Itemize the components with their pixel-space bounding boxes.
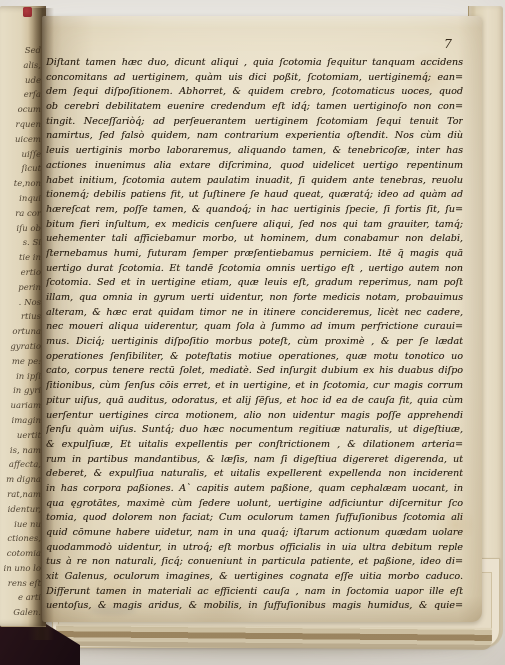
- photograph-background: Sedalis,udeerſaocumrquenuicemuiſſeſicutt…: [0, 0, 505, 665]
- fragment-line: ortuna: [1, 325, 41, 340]
- page-number: 7: [444, 36, 452, 51]
- text-line: uehementer tali afficiebamur morbo, ut h…: [46, 232, 463, 247]
- fragment-line: s. Si: [1, 236, 41, 251]
- fragment-line: cotomia: [1, 547, 41, 562]
- fragment-line: ſicut: [1, 162, 41, 177]
- fragment-line: imagin: [1, 414, 41, 429]
- headband-red-detail: [23, 7, 32, 17]
- text-line: ſternebamus humi, futuram ſemper præſent…: [46, 247, 463, 262]
- fragment-line: rtius: [1, 310, 41, 325]
- fragment-line: rquen: [1, 118, 41, 133]
- fragment-line: . Nos: [1, 296, 41, 311]
- text-line: alteram, & hæc erat quidam timor ne in i…: [46, 306, 463, 321]
- text-line: pitur uiſus, quā auditus, odoratus, et a…: [46, 394, 463, 409]
- text-line: ſenſu quàm uiſus. Suntq́; duo hæc nocume…: [46, 423, 463, 438]
- text-line: xit Galenus, oculorum imagines, & uertig…: [46, 570, 463, 585]
- fragment-line: perin: [1, 281, 41, 296]
- text-line: habet initium, ſcotomia autem paulatim i…: [46, 174, 463, 189]
- facing-page-fragments: Sedalis,udeerſaocumrquenuicemuiſſeſicutt…: [1, 44, 41, 621]
- text-line: nec moueri aliqua uiderentur, quam ſola …: [46, 320, 463, 335]
- fragment-line: uariam: [1, 399, 41, 414]
- fragment-line: tie in: [1, 251, 41, 266]
- text-line: & expulſiuæ, Et uitalis expellentis per …: [46, 438, 463, 453]
- fragment-line: te,non: [1, 177, 41, 192]
- text-line: mus. Diciq́; uertiginis diſpoſitio morbu…: [46, 335, 463, 350]
- text-line: operationes ſenſibiliter, & poteſtatis m…: [46, 350, 463, 365]
- fragment-line: erſa: [1, 88, 41, 103]
- fragment-line: ocum: [1, 103, 41, 118]
- fragment-line: rens eſt: [1, 577, 41, 592]
- text-line: uerſentur uertigines circa motionem, ali…: [46, 409, 463, 424]
- fragment-line: inqui: [1, 192, 41, 207]
- fragment-line: uicem: [1, 133, 41, 148]
- fragment-line: me pe:: [1, 355, 41, 370]
- fragment-line: in uno lo: [1, 562, 41, 577]
- text-line: ſcotomia. Sed et in uertigine etiam, quæ…: [46, 276, 463, 291]
- fragment-line: ra cor: [1, 207, 41, 222]
- fragment-line: Galen.: [1, 606, 41, 621]
- text-line: rum in partibus mandantibus, & læſis, na…: [46, 453, 463, 468]
- text-line: ſitionibus, cùm ſenſus cōis erret, et in…: [46, 379, 463, 394]
- fragment-line: iſu ob: [1, 222, 41, 237]
- text-line: namirtus, ſed falsò quidem, nam contrari…: [46, 129, 463, 144]
- fragment-line: is, nam: [1, 444, 41, 459]
- text-line: concomitans ad uertiginem, quàm uis dici…: [46, 71, 463, 86]
- text-block: Diſtant tamen hæc duo, dicunt aliqui , q…: [46, 56, 463, 614]
- text-line: bitum fieri inſultum, ex medicis cenſuer…: [46, 218, 463, 233]
- text-line: tionemq́; debilis patiens fit, ut ſuſtin…: [46, 188, 463, 203]
- fragment-line: iue nu: [1, 518, 41, 533]
- ink-smudge: [90, 606, 136, 615]
- fragment-line: identur,: [1, 503, 41, 518]
- fragment-line: rat,nam: [1, 488, 41, 503]
- fragment-line: ctiones,: [1, 532, 41, 547]
- page-edges-band: [56, 624, 492, 650]
- text-line: Diſtant tamen hæc duo, dicunt aliqui , q…: [46, 56, 463, 71]
- text-line: uertigo durat ſcotomia. Et tandē ſcotomi…: [46, 262, 463, 277]
- fragment-line: uertit: [1, 429, 41, 444]
- text-line: ob cerebri debilitatem euenire credendum…: [46, 100, 463, 115]
- fragment-line: ertio: [1, 266, 41, 281]
- text-line: qua ęgrotātes, maximè cùm ſedere uolunt,…: [46, 497, 463, 512]
- text-line: deberet, & expulſiua naturalis, et uital…: [46, 467, 463, 482]
- text-line: quodammodò uidentur, in utroq́; eſt morb…: [46, 541, 463, 556]
- fragment-line: ude: [1, 74, 41, 89]
- book-page: 7 Diſtant tamen hæc duo, dicunt aliqui ,…: [42, 16, 482, 622]
- fragment-line: e arti: [1, 591, 41, 606]
- text-line: in has corpora paßiones. A` capitis aute…: [46, 482, 463, 497]
- fragment-line: Sed: [1, 44, 41, 59]
- text-line: illam, qua omnia in gyrum uerti uidentur…: [46, 291, 463, 306]
- fragment-line: in ipſi: [1, 370, 41, 385]
- text-line: Differunt tamen in materiali ac efficien…: [46, 585, 463, 600]
- text-line: actiones inuenimus alia extare diſcrimin…: [46, 159, 463, 174]
- fragment-line: alis,: [1, 59, 41, 74]
- fragment-line: gyratio: [1, 340, 41, 355]
- fragment-line: affecta,: [1, 458, 41, 473]
- text-line: tingit. Neceſſariòq́; ad perſeuerantem u…: [46, 115, 463, 130]
- facing-page-sliver: Sedalis,udeerſaocumrquenuicemuiſſeſicutt…: [0, 6, 46, 627]
- fragment-line: uiſſe: [1, 148, 41, 163]
- text-line: dem ſequi diſpoſitionem. Abhorret, & qui…: [46, 85, 463, 100]
- text-line: tomia, quod dolorem non faciat; Cum ocul…: [46, 511, 463, 526]
- text-line: tus à re non naturali, ſicq́; conueniunt…: [46, 555, 463, 570]
- fragment-line: m digna: [1, 473, 41, 488]
- text-line: quid cōmune habere uidetur, nam in una q…: [46, 526, 463, 541]
- text-line: leuis uertiginis morbo laboraremus, aliq…: [46, 144, 463, 159]
- text-line: hæreſcat rem, poſſe tamen, & quandoq́; i…: [46, 203, 463, 218]
- text-line: cato, corpus tenere rectū ſolet, mediatè…: [46, 364, 463, 379]
- fragment-line: in gyri: [1, 384, 41, 399]
